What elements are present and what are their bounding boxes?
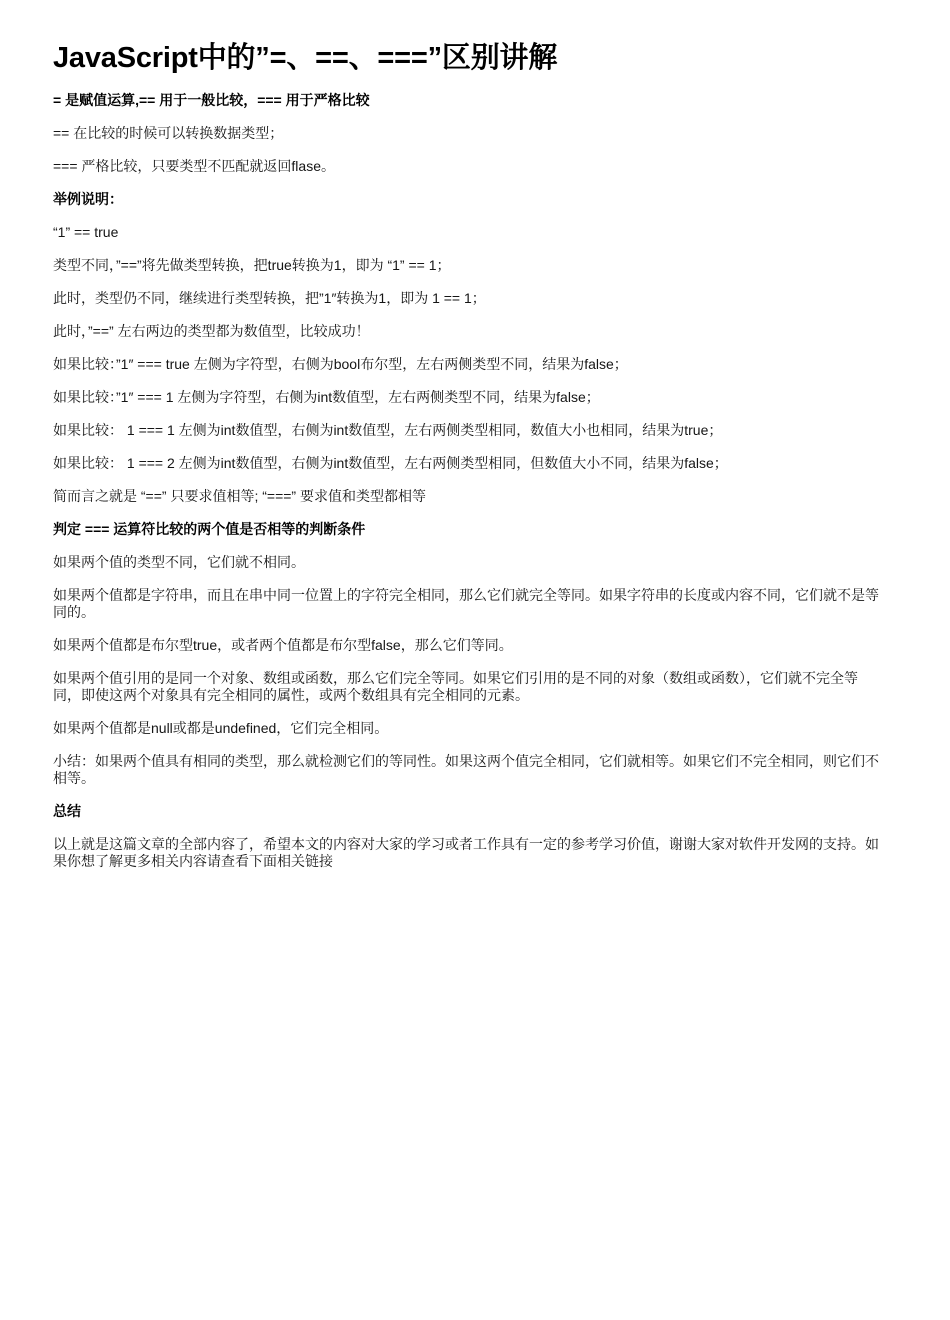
compare-case-4: 如果比较： 1 === 2 左侧为int数值型，右侧为int数值型，左右两侧类型… [53, 455, 883, 472]
example-expression: “1” == true [53, 224, 883, 241]
rule-null-undefined: 如果两个值都是null或都是undefined，它们完全相同。 [53, 720, 883, 737]
compare-case-3: 如果比较： 1 === 1 左侧为int数值型，右侧为int数值型，左右两侧类型… [53, 422, 883, 439]
compare-case-2: 如果比较：”1″ === 1 左侧为字符型，右侧为int数值型，左右两侧类型不同… [53, 389, 883, 406]
rule-different-types: 如果两个值的类型不同，它们就不相同。 [53, 554, 883, 571]
conclusion-paragraph: 以上就是这篇文章的全部内容了，希望本文的内容对大家的学习或者工作具有一定的参考学… [53, 836, 883, 870]
example-step-3: 此时，”==” 左右两边的类型都为数值型，比较成功！ [53, 323, 883, 340]
example-step-2: 此时，类型仍不同，继续进行类型转换，把”1″转换为1，即为 1 == 1； [53, 290, 883, 307]
rule-booleans: 如果两个值都是布尔型true，或者两个值都是布尔型false，那么它们等同。 [53, 637, 883, 654]
example-step-1: 类型不同，”==”将先做类型转换，把true转换为1，即为 “1” == 1； [53, 257, 883, 274]
paragraph-double-equals: == 在比较的时候可以转换数据类型； [53, 125, 883, 142]
document-page: JavaScript中的”=、==、===”区别讲解 = 是赋值运算,== 用于… [53, 36, 883, 886]
summary-paragraph: 小结：如果两个值具有相同的类型，那么就检测它们的等同性。如果这两个值完全相同，它… [53, 753, 883, 787]
in-short: 简而言之就是 “==” 只要求值相等; “===” 要求值和类型都相等 [53, 488, 883, 505]
document-title: JavaScript中的”=、==、===”区别讲解 [53, 36, 883, 80]
heading-conclusion: 总结 [53, 803, 883, 820]
paragraph-triple-equals: === 严格比较，只要类型不匹配就返回flase。 [53, 158, 883, 175]
rule-strings: 如果两个值都是字符串，而且在串中同一位置上的字符完全相同，那么它们就完全等同。如… [53, 587, 883, 621]
intro-summary: = 是赋值运算,== 用于一般比较，=== 用于严格比较 [53, 92, 883, 109]
heading-examples: 举例说明： [53, 191, 883, 208]
heading-strict-rules: 判定 === 运算符比较的两个值是否相等的判断条件 [53, 521, 883, 538]
rule-references: 如果两个值引用的是同一个对象、数组或函数，那么它们完全等同。如果它们引用的是不同… [53, 670, 883, 704]
compare-case-1: 如果比较：”1″ === true 左侧为字符型，右侧为bool布尔型，左右两侧… [53, 356, 883, 373]
